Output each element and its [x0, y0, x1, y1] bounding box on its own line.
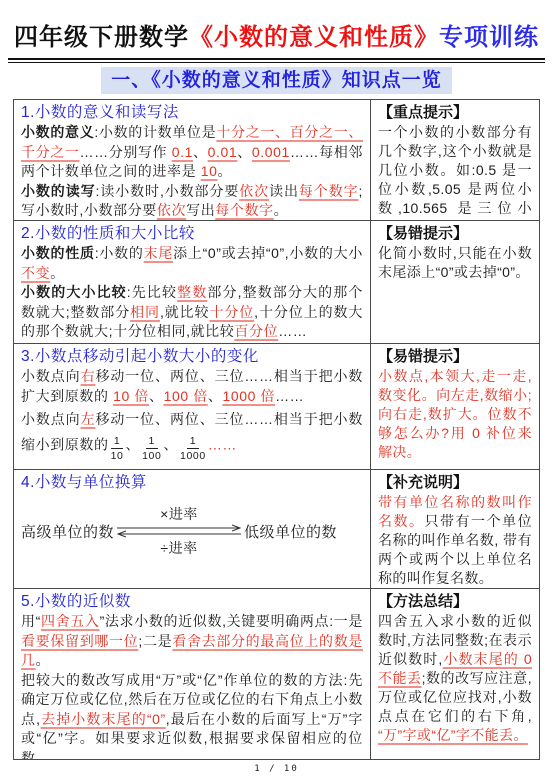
knowledge-heading-1: 1.小数的意义和读写法 [21, 102, 363, 123]
paragraph: 小数点向右移动一位、两位、三位……相当于把小数扩大到原数的 10 倍、100 倍… [21, 367, 363, 406]
table-row: 5.小数的近似数 用“四舍五入”法求小数的近似数,关键要明确两点:一是看要保留到… [14, 588, 539, 759]
paragraph: 小数的性质:小数的末尾添上“0”或去掉“0”,小数的大小不变。 [21, 244, 363, 283]
multiply-rate-label: ×进率 [160, 505, 198, 523]
paragraph: 小数点向左移动一位、两位、三位……相当于把小数缩小到原数的110、1100、11… [21, 410, 363, 462]
knowledge-heading-4: 4.小数与单位换算 [21, 472, 363, 493]
knowledge-heading-5: 5.小数的近似数 [21, 591, 363, 612]
table-row: 1.小数的意义和读写法 小数的意义:小数的计数单位是十分之一、百分之一、千分之一… [14, 100, 539, 220]
knowledge-cell-3: 3.小数点移动引起小数大小的变化 小数点向右移动一位、两位、三位……相当于把小数… [14, 344, 371, 469]
subtitle-row: 一、《小数的意义和性质》知识点一览 [0, 67, 553, 94]
title-divider [8, 58, 545, 63]
section-title: 一、《小数的意义和性质》知识点一览 [101, 67, 452, 94]
paragraph: 用“四舍五入”法求小数的近似数,关键要明确两点:一是看要保留到哪一位;二是看舍去… [21, 612, 363, 671]
paragraph: 小数的意义:小数的计数单位是十分之一、百分之一、千分之一……分别写作 0.1、0… [21, 123, 363, 182]
page-title: 四年级下册数学《小数的意义和性质》专项训练 [0, 0, 553, 54]
paragraph: 化简小数时,只能在小数末尾添上“0”或去掉“0”。 [378, 244, 532, 282]
table-row: 4.小数与单位换算 高级单位的数 ×进率 ÷进率 低级单位的数 [14, 469, 539, 588]
tip-cell-2: 【易错提示】 化简小数时,只能在小数末尾添上“0”或去掉“0”。 [371, 221, 539, 343]
title-part-blue: 专项训练 [439, 24, 539, 51]
tip-cell-5: 【方法总结】 四舍五入求小数的近似数时,方法同整数;在表示近似数时,小数末尾的 … [371, 589, 539, 759]
diagram-right-label: 低级单位的数 [244, 521, 337, 542]
knowledge-heading-2: 2.小数的性质和大小比较 [21, 223, 363, 244]
fraction: 11000 [180, 430, 206, 462]
paragraph: 带有单位名称的数叫作名数。只带有一个单位名称的叫作单名数, 带有两个或两个以上单… [378, 493, 532, 588]
double-arrow-icon [115, 524, 243, 538]
table-row: 3.小数点移动引起小数大小的变化 小数点向右移动一位、两位、三位……相当于把小数… [14, 343, 539, 469]
document-page: 四年级下册数学《小数的意义和性质》专项训练 一、《小数的意义和性质》知识点一览 … [0, 0, 553, 782]
paragraph: 小数的大小比较:先比较整数部分,整数部分大的那个数就大;整数部分相同,就比较十分… [21, 283, 363, 342]
tip-cell-3: 【易错提示】 小数点,本领大,走一走,数变化。向左走,数缩小;向右走,数扩大。位… [371, 344, 539, 469]
knowledge-table: 1.小数的意义和读写法 小数的意义:小数的计数单位是十分之一、百分之一、千分之一… [13, 99, 540, 760]
paragraph: 把较大的数改写成用“万”或“亿”作单位的数的方法:先确定万位或亿位,然后在万位或… [21, 671, 363, 760]
knowledge-heading-3: 3.小数点移动引起小数大小的变化 [21, 346, 363, 367]
tip-cell-4: 【补充说明】 带有单位名称的数叫作名数。只带有一个单位名称的叫作单名数, 带有两… [371, 470, 539, 588]
knowledge-cell-5: 5.小数的近似数 用“四舍五入”法求小数的近似数,关键要明确两点:一是看要保留到… [14, 589, 371, 759]
tip-heading-3: 【易错提示】 [378, 346, 532, 367]
diagram-middle: ×进率 ÷进率 [115, 505, 243, 557]
tip-heading-4: 【补充说明】 [378, 472, 532, 493]
title-part-black: 四年级下册数学 [14, 24, 189, 51]
divide-rate-label: ÷进率 [160, 539, 197, 557]
diagram-left-label: 高级单位的数 [21, 521, 114, 542]
paragraph: 小数点,本领大,走一走,数变化。向左走,数缩小;向右走,数扩大。位数不够怎么办?… [378, 367, 532, 462]
fraction: 1100 [142, 430, 161, 462]
knowledge-cell-4: 4.小数与单位换算 高级单位的数 ×进率 ÷进率 低级单位的数 [14, 470, 371, 588]
paragraph: 四舍五入求小数的近似数时,方法同整数;在表示近似数时,小数末尾的 0 不能丢;数… [378, 612, 532, 745]
fraction: 110 [111, 430, 124, 462]
knowledge-cell-1: 1.小数的意义和读写法 小数的意义:小数的计数单位是十分之一、百分之一、千分之一… [14, 100, 371, 220]
tip-cell-1: 【重点提示】 一个小数的小数部分有几个数字,这个小数就是几位小数。如:0.5 是… [371, 100, 539, 220]
unit-conversion-diagram: 高级单位的数 ×进率 ÷进率 低级单位的数 [21, 505, 363, 557]
knowledge-cell-2: 2.小数的性质和大小比较 小数的性质:小数的末尾添上“0”或去掉“0”,小数的大… [14, 221, 371, 343]
tip-heading-1: 【重点提示】 [378, 102, 532, 123]
table-row: 2.小数的性质和大小比较 小数的性质:小数的末尾添上“0”或去掉“0”,小数的大… [14, 220, 539, 343]
tip-heading-2: 【易错提示】 [378, 223, 532, 244]
paragraph: 小数的读写:读小数时,小数部分要依次读出每个数字;写小数时,小数部分要依次写出每… [21, 182, 363, 221]
tip-heading-5: 【方法总结】 [378, 591, 532, 612]
title-part-red: 《小数的意义和性质》 [189, 24, 439, 51]
paragraph: 一个小数的小数部分有几个数字,这个小数就是几位小数。如:0.5 是一位小数,5.… [378, 123, 532, 220]
page-number: 1 / 10 [0, 764, 553, 774]
